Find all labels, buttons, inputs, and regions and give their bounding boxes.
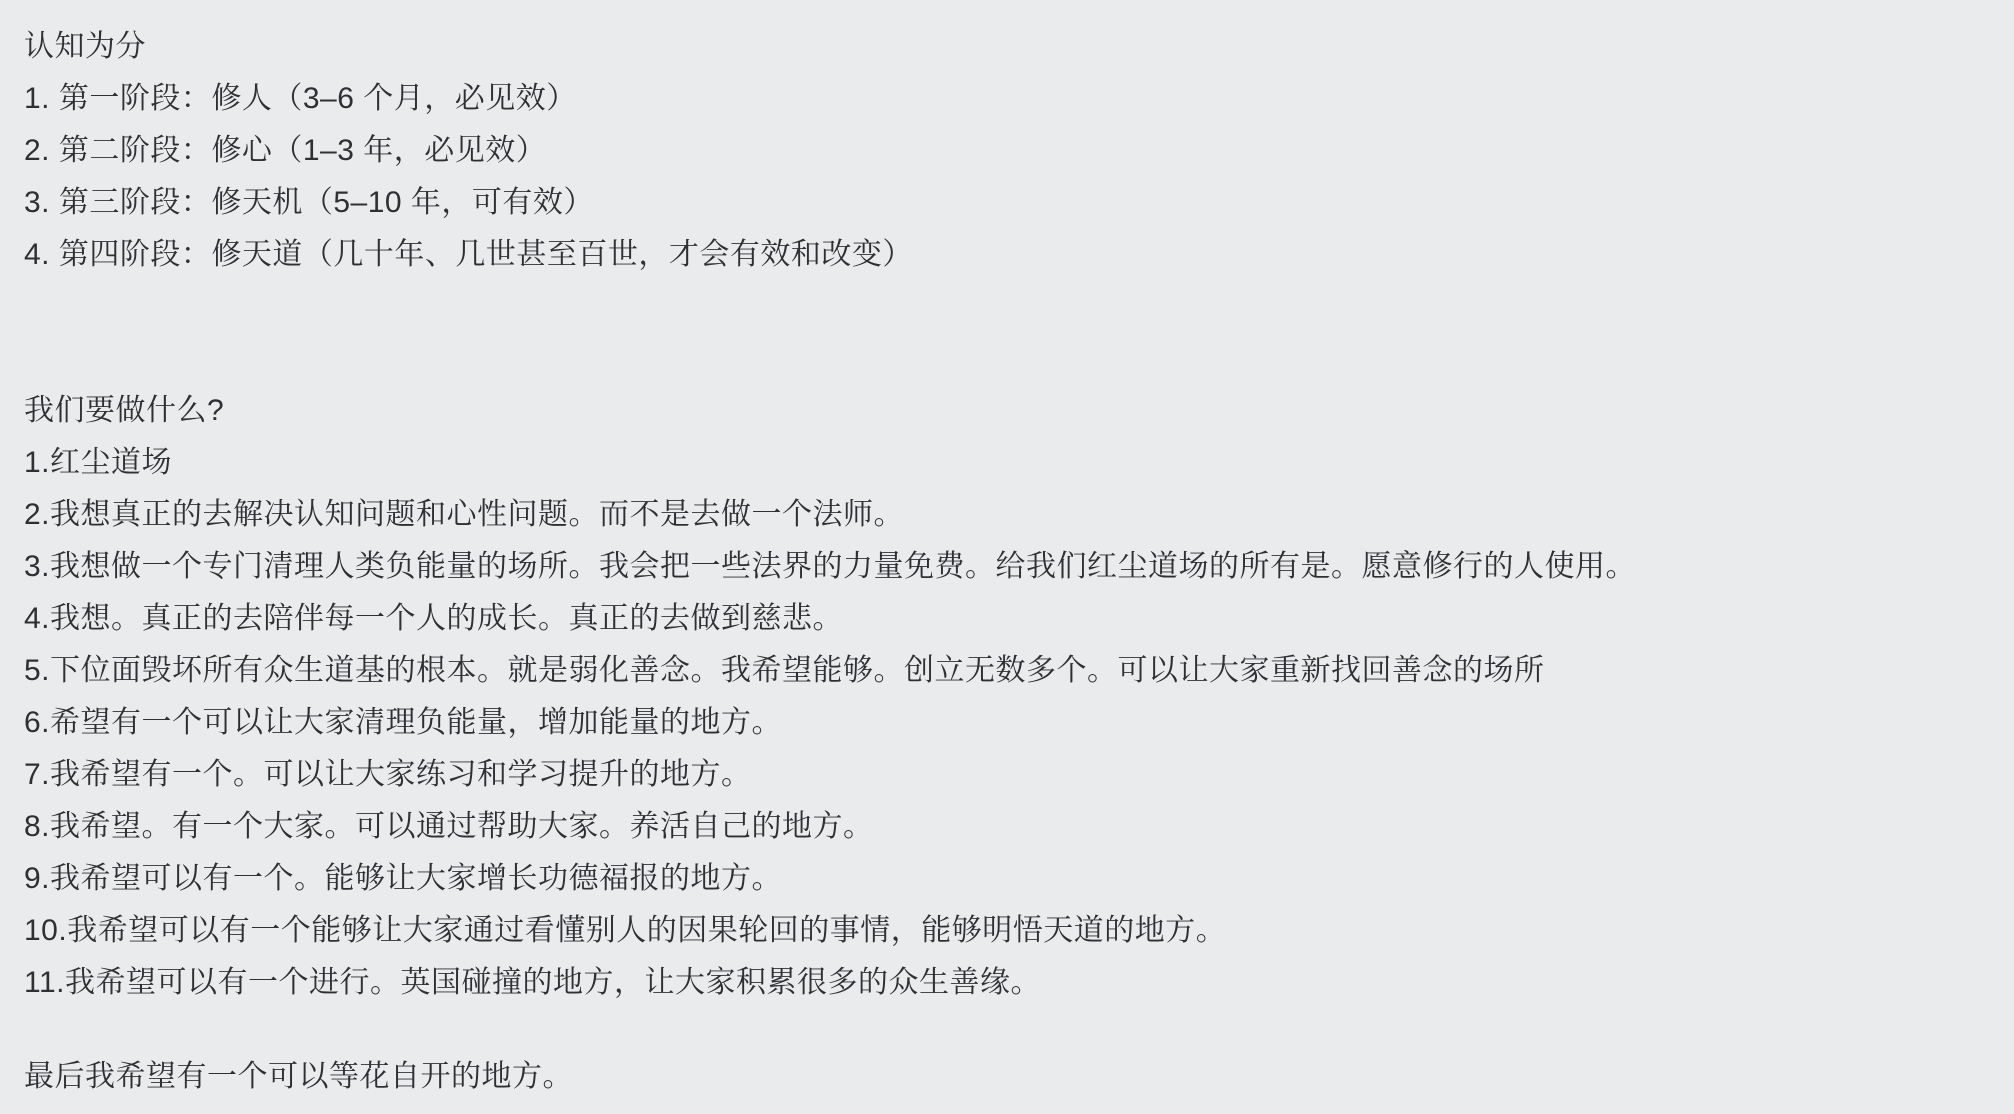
section2-item-10: 10.我希望可以有一个能够让大家通过看懂别人的因果轮回的事情，能够明悟天道的地方…: [24, 905, 1994, 957]
section2-item-7: 7.我希望有一个。可以让大家练习和学习提升的地方。: [24, 749, 1994, 801]
section2-item-11: 11.我希望可以有一个进行。英国碰撞的地方，让大家积累很多的众生善缘。: [24, 957, 1994, 1009]
section1-item-3: 3. 第三阶段：修天机（5–10 年，可有效）: [24, 177, 1994, 229]
section1-item-1: 1. 第一阶段：修人（3–6 个月，必见效）: [24, 73, 1994, 125]
closing-line: 最后我希望有一个可以等花自开的地方。: [24, 1051, 1994, 1103]
section2-item-8: 8.我希望。有一个大家。可以通过帮助大家。养活自己的地方。: [24, 801, 1994, 853]
section2-item-3: 3.我想做一个专门清理人类负能量的场所。我会把一些法界的力量免费。给我们红尘道场…: [24, 541, 1994, 593]
document-body: 认知为分 1. 第一阶段：修人（3–6 个月，必见效） 2. 第二阶段：修心（1…: [0, 0, 2014, 1103]
section2-item-9: 9.我希望可以有一个。能够让大家增长功德福报的地方。: [24, 853, 1994, 905]
section2-item-1: 1.红尘道场: [24, 437, 1994, 489]
section2-item-5: 5.下位面毁坏所有众生道基的根本。就是弱化善念。我希望能够。创立无数多个。可以让…: [24, 645, 1994, 697]
blank-line: [24, 333, 1994, 385]
section1-item-2: 2. 第二阶段：修心（1–3 年，必见效）: [24, 125, 1994, 177]
section1-title: 认知为分: [24, 21, 1994, 73]
section1-item-4: 4. 第四阶段：修天道（几十年、几世甚至百世，才会有效和改变）: [24, 229, 1994, 281]
section2-item-2: 2.我想真正的去解决认知问题和心性问题。而不是去做一个法师。: [24, 489, 1994, 541]
section2-title: 我们要做什么?: [24, 385, 1994, 437]
section2-item-4: 4.我想。真正的去陪伴每一个人的成长。真正的去做到慈悲。: [24, 593, 1994, 645]
blank-line: [24, 1009, 1994, 1051]
blank-line: [24, 281, 1994, 333]
section2-item-6: 6.希望有一个可以让大家清理负能量，增加能量的地方。: [24, 697, 1994, 749]
